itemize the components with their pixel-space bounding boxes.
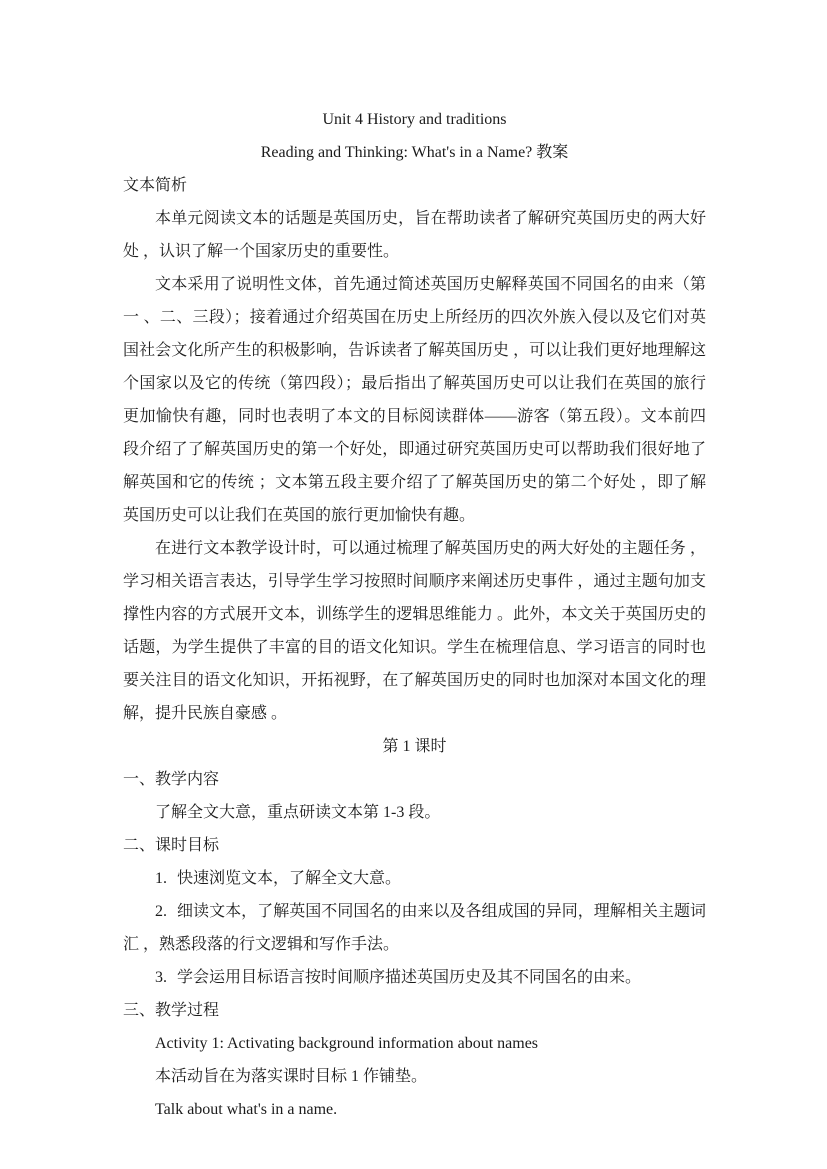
goal-item-2: 2.细读文本，了解英国不同国名的由来以及各组成国的异同，理解相关主题词汇 ，熟悉… [123,895,706,961]
analysis-paragraph-1: 本单元阅读文本的话题是英国历史，旨在帮助读者了解研究英国历史的两大好处 ，认识了… [123,202,706,268]
document-body: Unit 4 History and traditions Reading an… [123,103,706,1126]
activity-title: Activity 1: Activating background inform… [123,1027,706,1060]
goal-item-3: 3.学会运用目标语言按时间顺序描述英国历史及其不同国名的由来。 [123,961,706,994]
section-heading-lesson-goals: 二、课时目标 [123,829,706,862]
document-page: Unit 4 History and traditions Reading an… [0,0,827,1169]
goal-1-text: 快速浏览文本，了解全文大意。 [177,870,401,887]
goal-1-number: 1. [155,870,167,887]
doc-title: Unit 4 History and traditions [123,103,706,136]
goal-3-text: 学会运用目标语言按时间顺序描述英国历史及其不同国名的由来。 [177,969,641,986]
activity-purpose: 本活动旨在为落实课时目标 1 作铺垫。 [123,1060,706,1093]
lesson-heading: 第 1 课时 [123,730,706,763]
activity-instruction: Talk about what's in a name. [123,1093,706,1126]
section-heading-teaching-process: 三、教学过程 [123,994,706,1027]
analysis-paragraph-3: 在进行文本教学设计时，可以通过梳理了解英国历史的两大好处的主题任务 ，学习相关语… [123,532,706,730]
goal-2-text: 细读文本，了解英国不同国名的由来以及各组成国的异同，理解相关主题词汇 ，熟悉段落… [123,903,706,953]
analysis-heading: 文本简析 [123,169,706,202]
goal-2-number: 2. [155,903,167,920]
analysis-paragraph-2: 文本采用了说明性文体，首先通过简述英国历史解释英国不同国名的由来（第一 、二、三… [123,268,706,532]
teaching-content-body: 了解全文大意，重点研读文本第 1-3 段。 [123,796,706,829]
goal-item-1: 1.快速浏览文本，了解全文大意。 [123,862,706,895]
doc-subtitle: Reading and Thinking: What's in a Name? … [123,136,706,169]
section-heading-teaching-content: 一、教学内容 [123,763,706,796]
goal-3-number: 3. [155,969,167,986]
